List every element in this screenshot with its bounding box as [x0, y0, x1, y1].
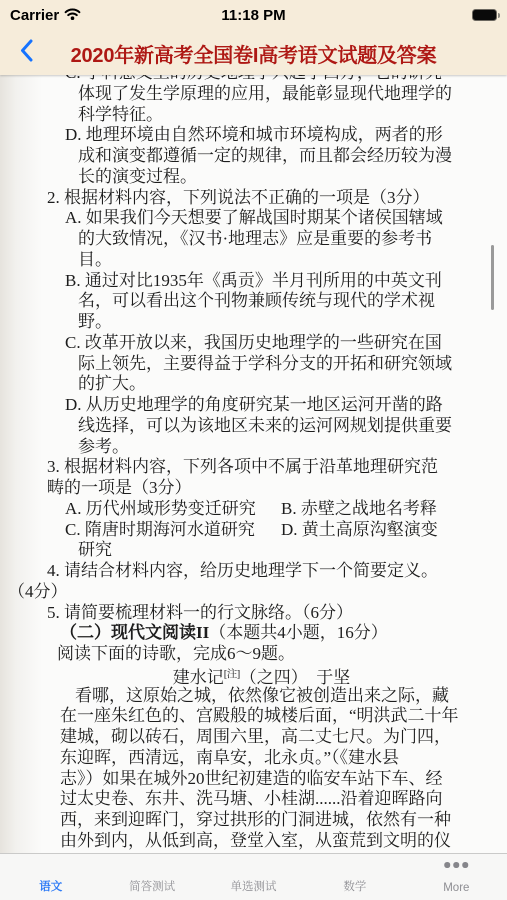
- doc-line: 线选择，可以为该地区未来的运河网规划提供重要: [0, 416, 507, 437]
- doc-line: 建水记[注]（之四） 于坚: [0, 665, 507, 686]
- doc-line: 看哪，这原始之城，依然像它被创造出来之际，藏: [0, 686, 507, 707]
- doc-line: A. 如果我们今天想要了解战国时期某个诸侯国辖域: [0, 208, 507, 229]
- doc-line: 过太史卷、东井、洗马塘、小桂湖......沿着迎晖路向: [0, 789, 507, 810]
- doc-line: 2. 根据材料内容，下列说法不正确的一项是（3分）: [0, 188, 507, 209]
- scrollbar-thumb[interactable]: [491, 245, 494, 310]
- doc-line: 体现了发生学原理的应用，最能彰显现代地理学的: [0, 84, 507, 105]
- doc-line: 由外到内，从低到高，登堂入室，从蛮荒到文明的仪: [0, 831, 507, 852]
- doc-line: A. 历代州域形势变迁研究B. 赤壁之战地名考释: [0, 499, 507, 520]
- tab-label: 数学: [343, 878, 366, 894]
- tab-label: 单选测试: [231, 878, 277, 894]
- doc-line: 东迎晖，西清远，南阜安，北永贞。”（《建水县: [0, 748, 507, 769]
- doc-line: 4. 请结合材料内容，给历史地理学下一个简要定义。: [0, 561, 507, 582]
- tab-label: 简答测试: [129, 878, 175, 894]
- document-content: C. 学科意义上的历史地理学兴起于西方，它的研究体现了发生学原理的应用，最能彰显…: [0, 75, 507, 852]
- doc-line: 阅读下面的诗歌，完成6～9题。: [0, 644, 507, 665]
- doc-line: 3. 根据材料内容，下列各项中不属于沿革地理研究范: [0, 457, 507, 478]
- doc-line: 成和演变都遵循一定的规律，而且都会经历较为漫: [0, 146, 507, 167]
- doc-line: D. 地理环境由自然环境和城市环境构成，两者的形: [0, 125, 507, 146]
- clock: 11:18 PM: [0, 7, 507, 24]
- tab-语文[interactable]: 语文: [0, 854, 101, 900]
- doc-line: C. 改革开放以来，我国历史地理学的一些研究在国: [0, 333, 507, 354]
- doc-line: 建城，砌以砖石，周围六里，高二丈七尺。为门四，: [0, 727, 507, 748]
- tab-简答测试[interactable]: 简答测试: [101, 854, 202, 900]
- tab-数学[interactable]: 数学: [304, 854, 405, 900]
- chevron-left-icon: [20, 39, 33, 67]
- battery-icon: [472, 9, 497, 21]
- tab-label: More: [443, 882, 469, 894]
- doc-line: （4分）: [0, 582, 507, 603]
- doc-line: 畴的一项是（3分）: [0, 478, 507, 499]
- tab-单选测试[interactable]: 单选测试: [203, 854, 304, 900]
- doc-line: 科学特征。: [0, 105, 507, 126]
- doc-line: 在一座朱红色的、宫殿般的城楼后面，“明洪武二十年: [0, 706, 507, 727]
- document-scroll-view[interactable]: C. 学科意义上的历史地理学兴起于西方，它的研究体现了发生学原理的应用，最能彰显…: [0, 75, 507, 853]
- doc-line: B. 通过对比1935年《禹贡》半月刊所用的中英文刊: [0, 271, 507, 292]
- doc-line: D. 从历史地理学的角度研究某一地区运河开凿的路: [0, 395, 507, 416]
- doc-line: 研究: [0, 540, 507, 561]
- doc-line: 的大致情况，《汉书·地理志》应是重要的参考书: [0, 229, 507, 250]
- doc-line: 西，来到迎晖门，穿过拱形的门洞进城，依然有一种: [0, 810, 507, 831]
- doc-line: C. 隋唐时期海河水道研究D. 黄土高原沟壑演变: [0, 520, 507, 541]
- doc-line: C. 学科意义上的历史地理学兴起于西方，它的研究: [0, 75, 507, 84]
- back-button[interactable]: [12, 38, 40, 68]
- status-bar: Carrier 11:18 PM: [0, 0, 507, 30]
- tab-label: 语文: [39, 878, 62, 894]
- tab-bar: 语文简答测试单选测试数学More: [0, 853, 507, 900]
- doc-line: （二）现代文阅读II（本题共4小题，16分）: [0, 623, 507, 644]
- doc-line: 志》）如果在城外20世纪初建造的临安车站下车、经: [0, 769, 507, 790]
- doc-line: 目。: [0, 250, 507, 271]
- ellipsis-icon: [445, 862, 469, 868]
- doc-line: 5. 请简要梳理材料一的行文脉络。（6分）: [0, 603, 507, 624]
- doc-line: 名，可以看出这个刊物兼顾传统与现代的学术视: [0, 291, 507, 312]
- top-chrome: Carrier 11:18 PM 2020年新高考全国卷I高考语文试题及答案: [0, 0, 507, 75]
- doc-line: 参考。: [0, 437, 507, 458]
- navigation-bar: 2020年新高考全国卷I高考语文试题及答案: [0, 30, 507, 75]
- doc-line: 的扩大。: [0, 374, 507, 395]
- doc-line: 际上领先，主要得益于学科分支的开拓和研究领域: [0, 354, 507, 375]
- doc-line: 长的演变过程。: [0, 167, 507, 188]
- doc-line: 野。: [0, 312, 507, 333]
- tab-More[interactable]: More: [406, 854, 507, 900]
- page-title: 2020年新高考全国卷I高考语文试题及答案: [40, 39, 467, 68]
